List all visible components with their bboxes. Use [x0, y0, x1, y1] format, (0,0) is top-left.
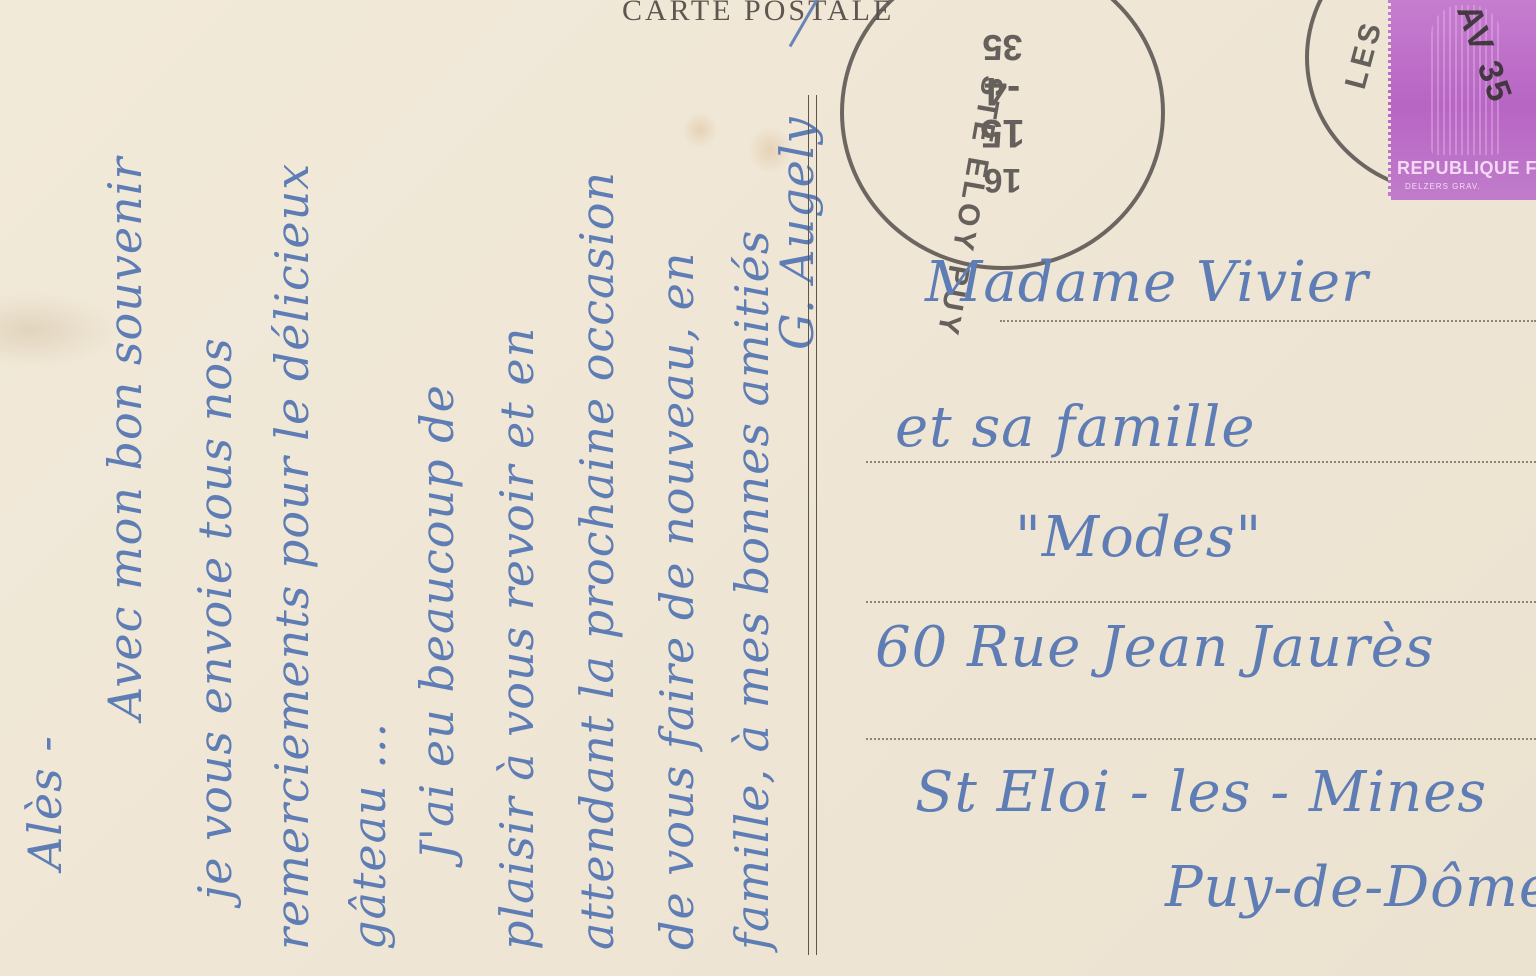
address-rule — [1000, 320, 1536, 322]
postmark-right-ring-text: LES — [1339, 16, 1390, 93]
address-rule — [866, 738, 1536, 740]
message-line: de vous faire de nouveau, en — [650, 252, 704, 950]
postmark-year: 35 — [982, 28, 1022, 66]
address-line-department: Puy-de-Dôme — [1165, 855, 1536, 920]
center-divider — [808, 95, 817, 955]
stamp-country-text: REPUBLIQUE FRANCAISE — [1397, 158, 1536, 179]
address-line-city: St Eloi - les - Mines — [915, 760, 1487, 825]
message-line: gâteau ... — [342, 722, 396, 950]
message-line: attendant la prochaine occasion — [570, 171, 624, 950]
address-rule — [866, 601, 1536, 603]
postcard-back: CARTE POSTALE Alès - Avec mon bon souven… — [0, 0, 1536, 976]
message-line: J'ai eu beaucoup de — [410, 384, 464, 860]
address-line-recipient: Madame Vivier — [925, 250, 1369, 315]
stamp-engraver-text: DELZERS GRAV. — [1405, 182, 1481, 191]
message-line: plaisir à vous revoir et en — [490, 327, 544, 950]
message-line: remerciements pour le délicieux — [265, 163, 319, 950]
message-line: Alès - — [18, 735, 72, 870]
address-line-family: et sa famille — [895, 395, 1255, 460]
address-rule — [866, 461, 1536, 463]
address-line-business: "Modes" — [1015, 505, 1262, 570]
address-line-street: 60 Rue Jean Jaurès — [875, 615, 1435, 680]
message-line: je vous envoie tous nos — [188, 337, 242, 900]
message-line: Avec mon bon souvenir — [98, 157, 152, 720]
postmark-left: 16 15 -4 35 STE ELOY PUY — [840, 0, 1165, 270]
